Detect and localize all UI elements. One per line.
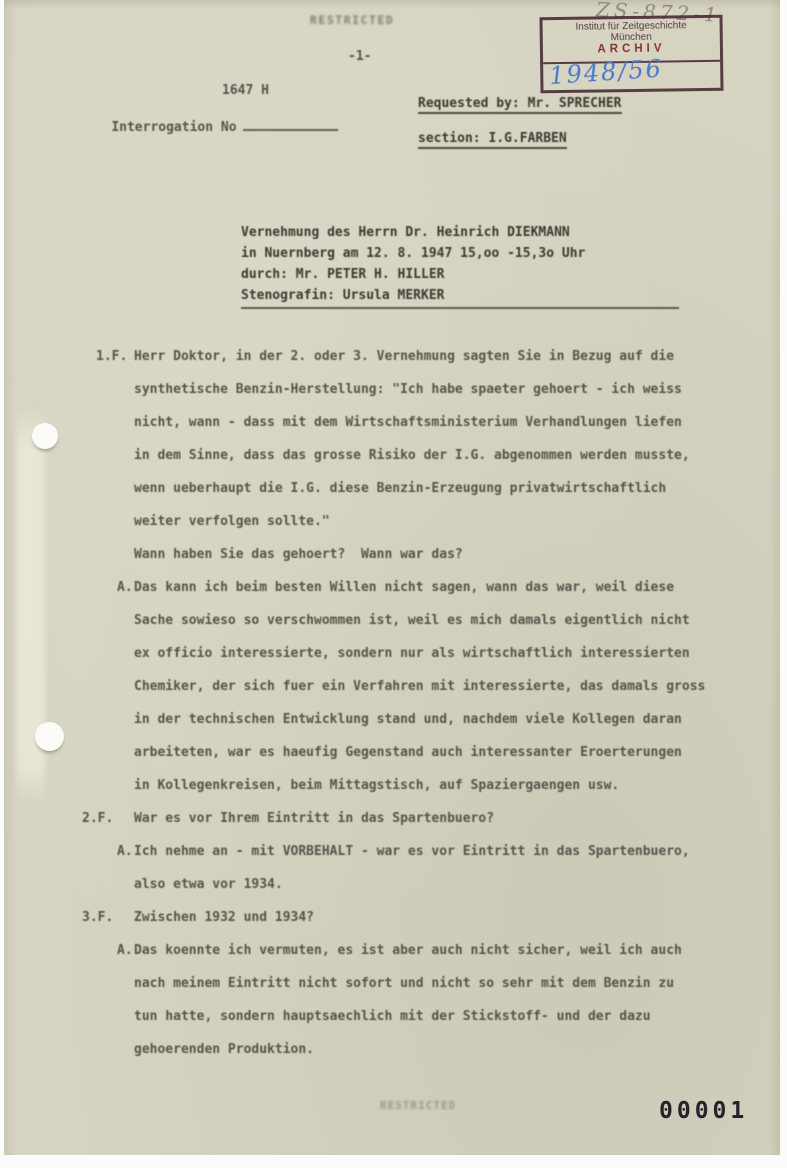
transcript-line: War es vor Ihrem Eintritt in das Sparten… (134, 802, 780, 835)
qa-lines: Das koennte ich vermuten, es ist aber au… (134, 934, 780, 1066)
archive-stamp-text: Institut für Zeitgeschichte München ARCH… (543, 18, 720, 56)
transcript-line: also etwa vor 1934. (134, 868, 780, 901)
session-line: in Nuernberg am 12. 8. 1947 15,oo -15,3o… (241, 243, 679, 264)
transcript-line: in der technischen Entwicklung stand und… (134, 703, 780, 736)
handwritten-accession-number: 1948/56 (548, 55, 663, 90)
transcript-line: synthetische Benzin-Herstellung: "Ich ha… (134, 373, 780, 406)
qa-lines: Herr Doktor, in der 2. oder 3. Vernehmun… (134, 340, 780, 571)
classification-marking-bottom: RESTRICTED (380, 1099, 490, 1112)
qa-block: A.Das koennte ich vermuten, es ist aber … (4, 934, 780, 1066)
qa-lines: Ich nehme an - mit VORBEHALT - war es vo… (134, 835, 780, 901)
transcript-line: nach meinem Eintritt nicht sofort und ni… (134, 967, 780, 1000)
transcript-line: Sache sowieso so verschwommen ist, weil … (134, 604, 780, 637)
qa-label: 2.F. (4, 802, 134, 835)
transcript-line: Das koennte ich vermuten, es ist aber au… (134, 934, 780, 967)
transcript-line: nicht, wann - dass mit dem Wirtschaftsmi… (134, 406, 780, 439)
interrogation-no-line: Interrogation No (80, 101, 338, 150)
transcript-line: Zwischen 1932 und 1934? (134, 901, 780, 934)
session-line: Vernehmung des Herrn Dr. Heinrich DIEKMA… (241, 222, 679, 243)
session-block: Vernehmung des Herrn Dr. Heinrich DIEKMA… (241, 222, 679, 309)
session-line: Stenografin: Ursula MERKER (241, 285, 679, 309)
page-stamp-number: 00001 (659, 1098, 748, 1124)
qa-block: 1.F.Herr Doktor, in der 2. oder 3. Verne… (4, 340, 780, 571)
qa-label: 3.F. (4, 901, 134, 934)
qa-label: 1.F. (4, 340, 134, 571)
transcript-line: ex officio interessierte, sondern nur al… (134, 637, 780, 670)
transcript-line: in Kollegenkreisen, beim Mittagstisch, a… (134, 769, 780, 802)
archive-stamp-number-cell: 1948/56 (543, 60, 720, 90)
transcript-line: gehoerenden Produktion. (134, 1033, 780, 1066)
transcript-line: in dem Sinne, dass das grosse Risiko der… (134, 439, 780, 472)
document-page: RESTRICTED -1- ZS-872-1 Institut für Zei… (4, 0, 780, 1155)
qa-block: A.Ich nehme an - mit VORBEHALT - war es … (4, 835, 780, 901)
qa-lines: War es vor Ihrem Eintritt in das Sparten… (134, 802, 780, 835)
transcript: 1.F.Herr Doktor, in der 2. oder 3. Verne… (4, 340, 780, 1066)
classification-marking-top: RESTRICTED (310, 13, 420, 27)
transcript-line: Chemiker, der sich fuer ein Verfahren mi… (134, 670, 780, 703)
archive-stamp: Institut für Zeitgeschichte München ARCH… (539, 15, 723, 94)
qa-label: A. (4, 835, 134, 901)
transcript-line: Herr Doktor, in der 2. oder 3. Vernehmun… (134, 340, 780, 373)
transcript-line: arbeiteten, war es haeufig Gegenstand au… (134, 736, 780, 769)
archive-stamp-archiv: ARCHIV (543, 42, 720, 56)
document-number: 1647 H (222, 83, 269, 98)
interrogation-no-label: Interrogation No (111, 120, 236, 135)
qa-lines: Das kann ich beim besten Willen nicht sa… (134, 571, 780, 802)
qa-block: A.Das kann ich beim besten Willen nicht … (4, 571, 780, 802)
page-number: -1- (348, 49, 371, 64)
interrogation-no-blank (243, 116, 338, 131)
qa-label: A. (4, 934, 134, 1066)
transcript-line: Das kann ich beim besten Willen nicht sa… (134, 571, 780, 604)
transcript-line: Wann haben Sie das gehoert? Wann war das… (134, 538, 780, 571)
transcript-line: weiter verfolgen sollte." (134, 505, 780, 538)
session-line: durch: Mr. PETER H. HILLER (241, 264, 679, 285)
transcript-line: tun hatte, sondern hauptsaechlich mit de… (134, 1000, 780, 1033)
qa-label: A. (4, 571, 134, 802)
transcript-line: Ich nehme an - mit VORBEHALT - war es vo… (134, 835, 780, 868)
requested-by-line: Requested by: Mr. SPRECHER (418, 96, 622, 114)
scanned-document: { "page": { "classification_top": "RESTR… (0, 0, 787, 1168)
qa-lines: Zwischen 1932 und 1934? (134, 901, 780, 934)
transcript-line: wenn ueberhaupt die I.G. diese Benzin-Er… (134, 472, 780, 505)
section-line: section: I.G.FARBEN (418, 131, 567, 149)
qa-block: 2.F.War es vor Ihrem Eintritt in das Spa… (4, 802, 780, 835)
qa-block: 3.F.Zwischen 1932 und 1934? (4, 901, 780, 934)
